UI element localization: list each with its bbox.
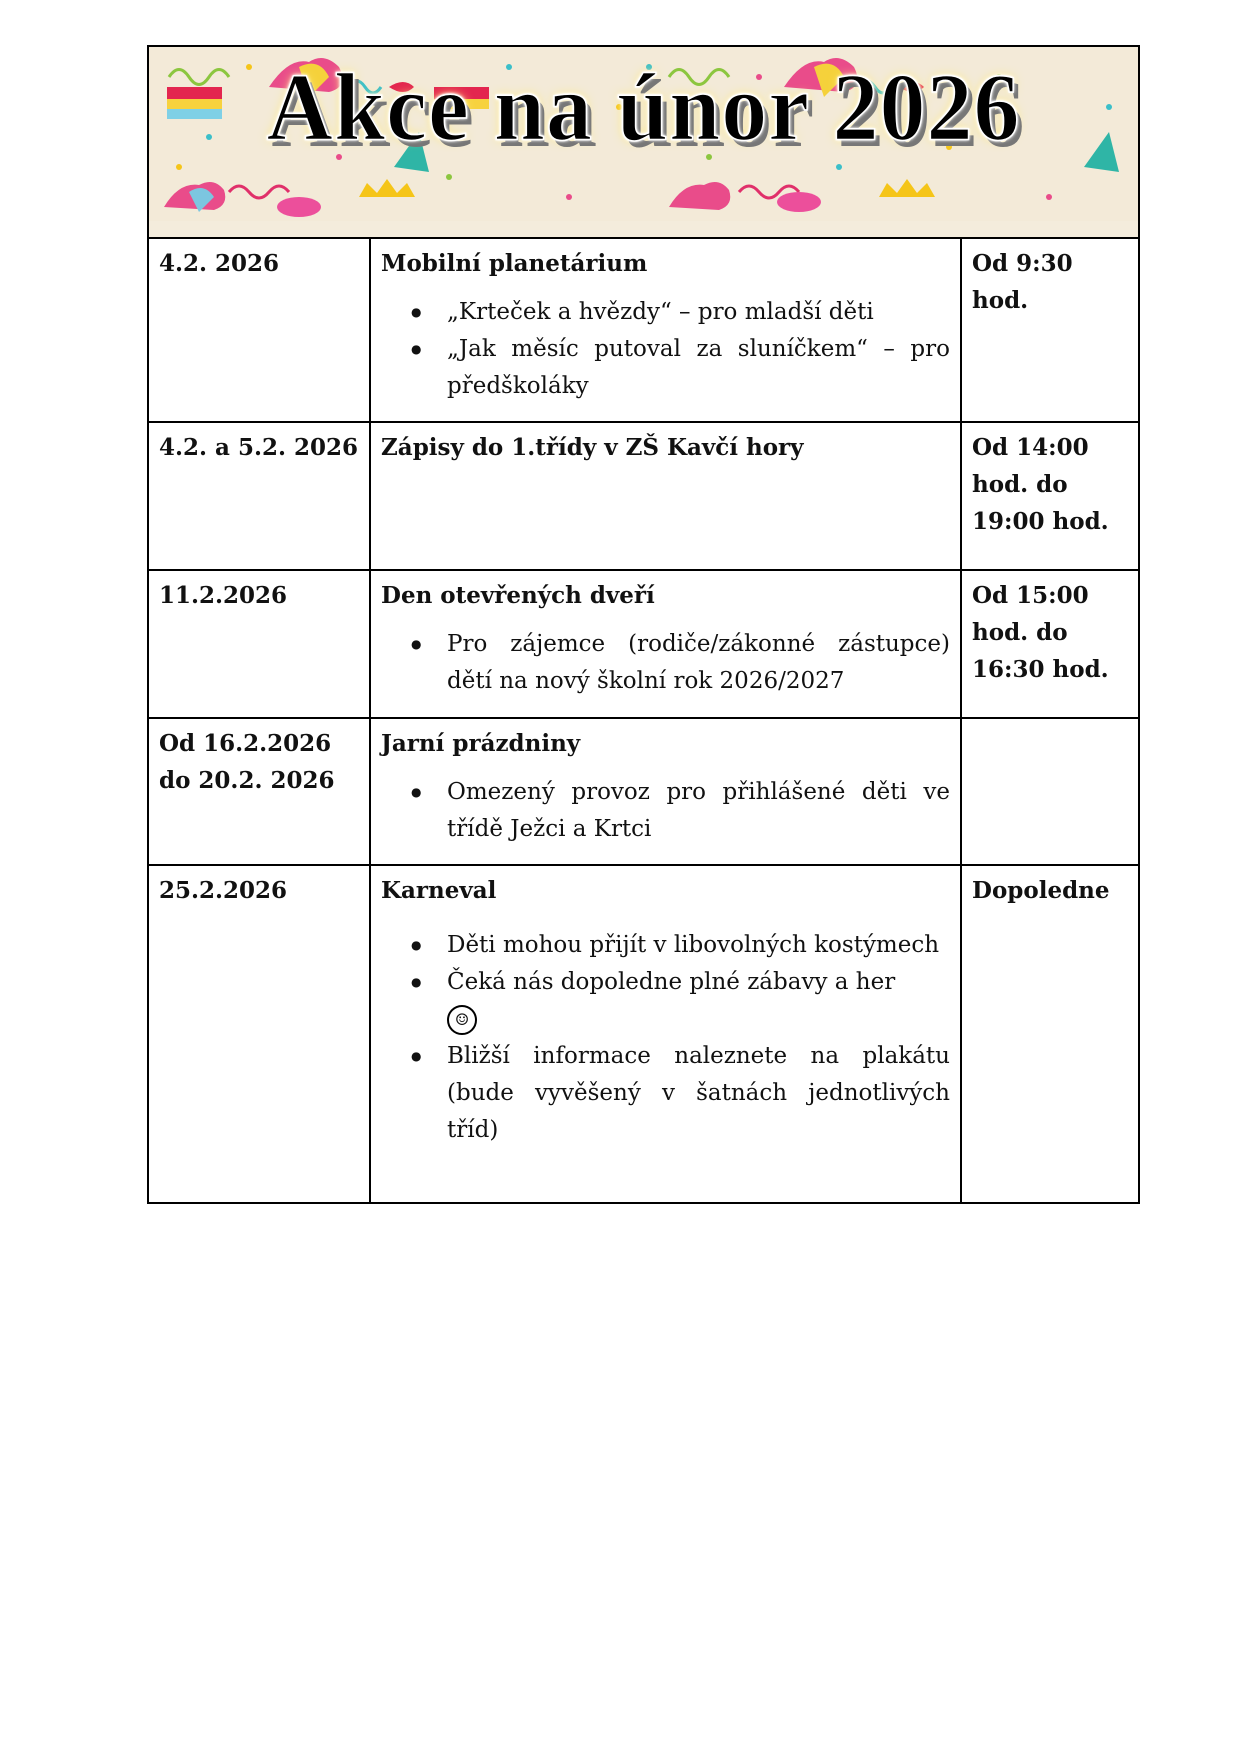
event-date: 11.2.2026: [159, 577, 359, 614]
event-item: Děti mohou přijít v libovolných kostýmec…: [447, 927, 950, 964]
banner: Akce na únor 2026: [148, 46, 1139, 238]
event-item: „Krteček a hvězdy“ – pro mladší děti: [447, 294, 950, 331]
document-page: Akce na únor 2026 4.2. 2026 Mobilní plan…: [0, 0, 1240, 1754]
event-time: Dopoledne: [972, 872, 1128, 909]
event-date: 4.2. a 5.2. 2026: [159, 429, 359, 466]
event-item: Pro zájemce (rodiče/zákonné zástupce) dě…: [447, 626, 950, 700]
event-title: Den otevřených dveří: [381, 577, 950, 614]
event-row: 11.2.2026 Den otevřených dveří Pro zájem…: [148, 570, 1139, 718]
event-items: Pro zájemce (rodiče/zákonné zástupce) dě…: [381, 626, 950, 700]
event-row: 25.2.2026 Karneval Děti mohou přijít v l…: [148, 865, 1139, 1203]
event-date: 25.2.2026: [159, 872, 359, 909]
event-items: Omezený provoz pro přihlášené děti ve tř…: [381, 774, 950, 848]
smiley-icon: ☺: [447, 1005, 477, 1035]
event-item-text: Čeká nás dopoledne plné zábavy a her: [447, 969, 895, 995]
event-item: Omezený provoz pro přihlášené děti ve tř…: [447, 774, 950, 848]
event-item: „Jak měsíc putoval za sluníčkem“ – pro p…: [447, 331, 950, 405]
event-item: Bližší informace naleznete na plakátu (b…: [447, 1038, 950, 1149]
event-items: „Krteček a hvězdy“ – pro mladší děti „Ja…: [381, 294, 950, 405]
event-time: Od 14:00 hod. do 19:00 hod.: [972, 429, 1128, 540]
event-items: Děti mohou přijít v libovolných kostýmec…: [381, 927, 950, 1149]
event-row: Od 16.2.2026 do 20.2. 2026 Jarní prázdni…: [148, 718, 1139, 865]
events-table: Akce na únor 2026 4.2. 2026 Mobilní plan…: [147, 45, 1140, 1204]
event-title: Zápisy do 1.třídy v ZŠ Kavčí hory: [381, 429, 950, 466]
event-title: Karneval: [381, 872, 950, 909]
event-title: Jarní prázdniny: [381, 725, 950, 762]
event-item: Čeká nás dopoledne plné zábavy a her☺: [447, 964, 950, 1038]
event-date: 4.2. 2026: [159, 245, 359, 282]
event-date: Od 16.2.2026 do 20.2. 2026: [159, 725, 359, 799]
event-title: Mobilní planetárium: [381, 245, 950, 282]
banner-title: Akce na únor 2026: [149, 59, 1138, 156]
event-row: 4.2. 2026 Mobilní planetárium „Krteček a…: [148, 238, 1139, 422]
banner-row: Akce na únor 2026: [148, 46, 1139, 238]
event-row: 4.2. a 5.2. 2026 Zápisy do 1.třídy v ZŠ …: [148, 422, 1139, 570]
event-time: Od 15:00 hod. do 16:30 hod.: [972, 577, 1128, 688]
event-time: Od 9:30 hod.: [972, 245, 1128, 319]
